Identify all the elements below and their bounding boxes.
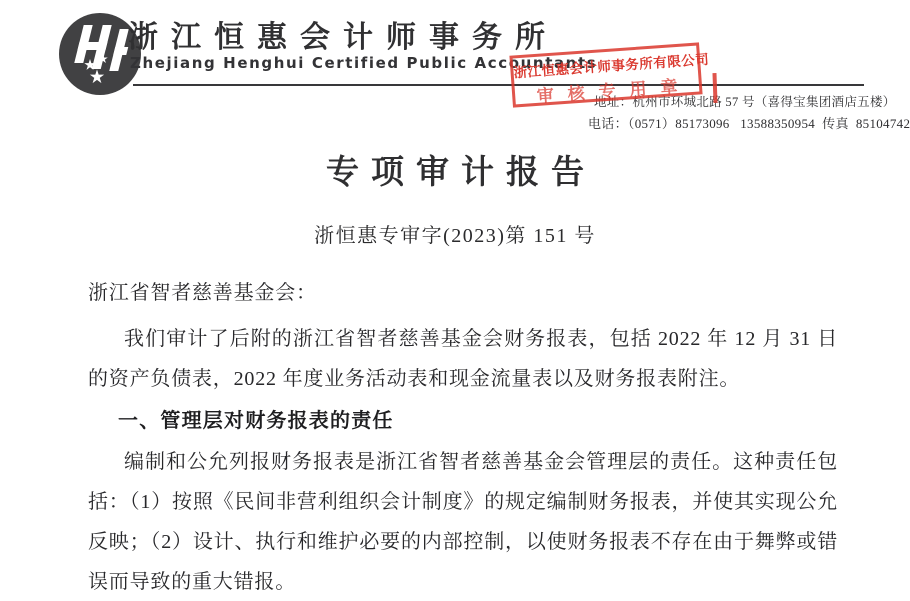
addressee-line: 浙江省智者慈善基金会：	[88, 273, 838, 313]
audit-report-page: 浙江恒惠会计师事务所 Zhejiang Henghui Certified Pu…	[0, 0, 910, 601]
report-title: 专项审计报告	[0, 146, 910, 193]
paragraph-2: 编制和公允列报财务报表是浙江省智者慈善基金会管理层的责任。这种责任包括：（1）按…	[88, 442, 838, 601]
company-name-cn: 浙江恒惠会计师事务所	[128, 12, 558, 56]
paragraph-1: 我们审计了后附的浙江省智者慈善基金会财务报表，包括 2022 年 12 月 31…	[88, 319, 838, 399]
section-1-heading: 一、管理层对财务报表的责任	[88, 401, 838, 441]
red-tick-mark	[712, 73, 717, 103]
phone-line: 电话：（0571）85173096 13588350954 传真 8510474…	[588, 113, 910, 132]
report-body: 浙江省智者慈善基金会： 我们审计了后附的浙江省智者慈善基金会财务报表，包括 20…	[88, 273, 838, 601]
header-divider	[133, 84, 864, 86]
document-number: 浙恒惠专审字(2023)第 151 号	[0, 219, 910, 248]
